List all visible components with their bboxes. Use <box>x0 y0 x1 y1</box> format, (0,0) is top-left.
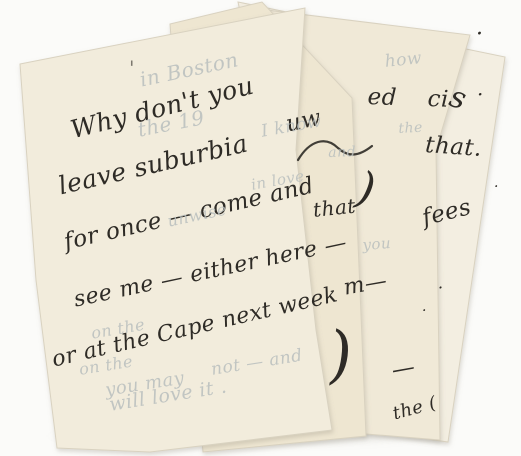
ghost-writing: and <box>328 145 356 160</box>
ink-fragment: the ( <box>391 394 439 423</box>
ink-fragment: that <box>312 196 357 220</box>
ink-dot: · <box>476 24 484 46</box>
ink-fragment: s <box>446 82 470 115</box>
ghost-writing: the <box>398 121 423 136</box>
ink-tick: ' <box>129 58 135 78</box>
ink-dot: · <box>477 84 484 104</box>
ink-fragment: that. <box>424 134 482 161</box>
handwritten-letter-photo: Why don't you leave suburbia for once — … <box>0 0 521 456</box>
ghost-writing: not — and <box>210 348 304 379</box>
handwriting-layer: Why don't you leave suburbia for once — … <box>0 0 521 456</box>
ink-dot: · <box>422 304 427 318</box>
ink-fragment: m— <box>342 270 389 299</box>
ink-fragment: ed <box>367 86 397 110</box>
ink-dot: · <box>494 180 499 194</box>
ink-fragment: — <box>390 356 417 383</box>
ink-fragment: fees <box>420 196 474 230</box>
ink-dot: · <box>438 280 444 296</box>
ink-fragment: ) <box>353 166 379 213</box>
ghost-writing: I know <box>260 113 323 140</box>
ghost-writing: how <box>384 50 423 71</box>
ghost-writing: you <box>362 236 392 253</box>
ink-fragment: ) <box>326 322 355 386</box>
